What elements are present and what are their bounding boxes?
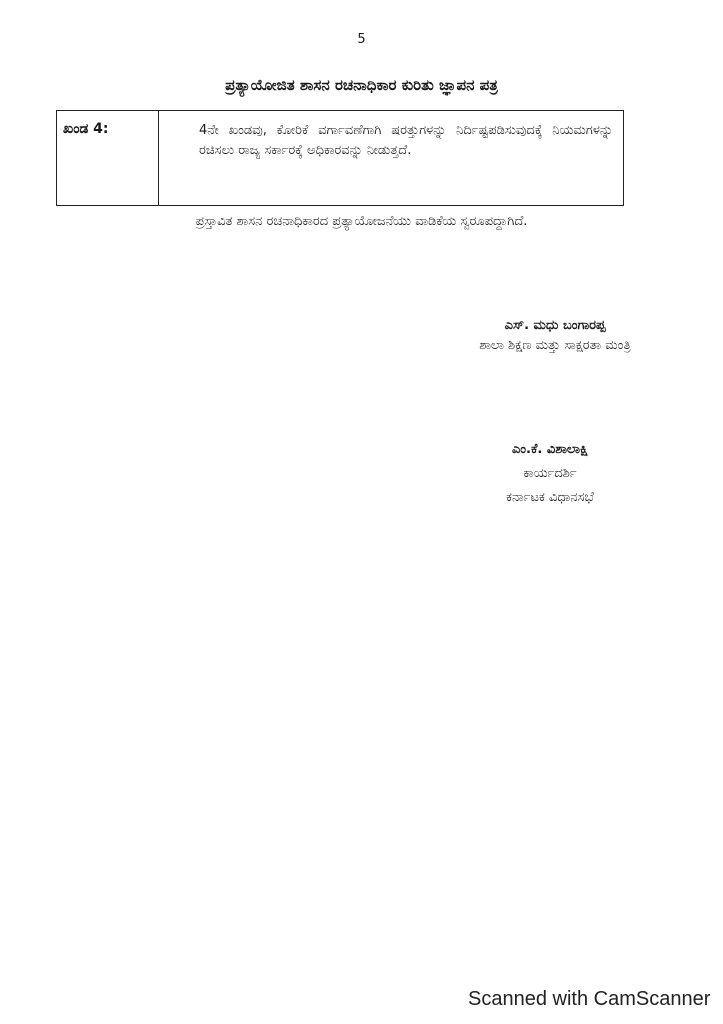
secretary-designation: ಕಾರ್ಯದರ್ಶಿ — [450, 462, 650, 486]
clause-text: 4ನೇ ಖಂಡವು, ಕೋರಿಕೆ ವರ್ಗಾವಣೆಗಾಗಿ ಷರತ್ತುಗಳನ… — [159, 111, 623, 205]
scanner-watermark: Scanned with CamScanner — [468, 988, 710, 1011]
secretary-name: ಎಂ.ಕೆ. ವಿಶಾಲಾಕ್ಷಿ — [450, 438, 650, 462]
document-title: ಪ್ರತ್ಯಾಯೋಜಿತ ಶಾಸನ ರಚನಾಧಿಕಾರ ಕುರಿತು ಜ್ಞಾಪ… — [0, 76, 723, 94]
clause-table: ಖಂಡ 4: 4ನೇ ಖಂಡವು, ಕೋರಿಕೆ ವರ್ಗಾವಣೆಗಾಗಿ ಷರ… — [56, 110, 624, 206]
minister-designation: ಶಾಲಾ ಶಿಕ್ಷಣ ಮತ್ತು ಸಾಕ್ಷರತಾ ಮಂತ್ರಿ — [420, 336, 690, 356]
signature-block-minister: ಎಸ್. ಮಧು ಬಂಗಾರಪ್ಪ ಶಾಲಾ ಶಿಕ್ಷಣ ಮತ್ತು ಸಾಕ್… — [420, 316, 690, 356]
clause-label: ಖಂಡ 4: — [57, 111, 159, 205]
secretary-organization: ಕರ್ನಾಟಕ ವಿಧಾನಸಭೆ — [450, 486, 650, 510]
page-number: 5 — [0, 32, 723, 47]
signature-block-secretary: ಎಂ.ಕೆ. ವಿಶಾಲಾಕ್ಷಿ ಕಾರ್ಯದರ್ಶಿ ಕರ್ನಾಟಕ ವಿಧ… — [450, 438, 650, 510]
minister-name: ಎಸ್. ಮಧು ಬಂಗಾರಪ್ಪ — [420, 316, 690, 336]
delegation-note: ಪ್ರಸ್ತಾವಿತ ಶಾಸನ ರಚನಾಧಿಕಾರದ ಪ್ರತ್ಯಾಯೋಜನೆಯ… — [0, 214, 723, 229]
